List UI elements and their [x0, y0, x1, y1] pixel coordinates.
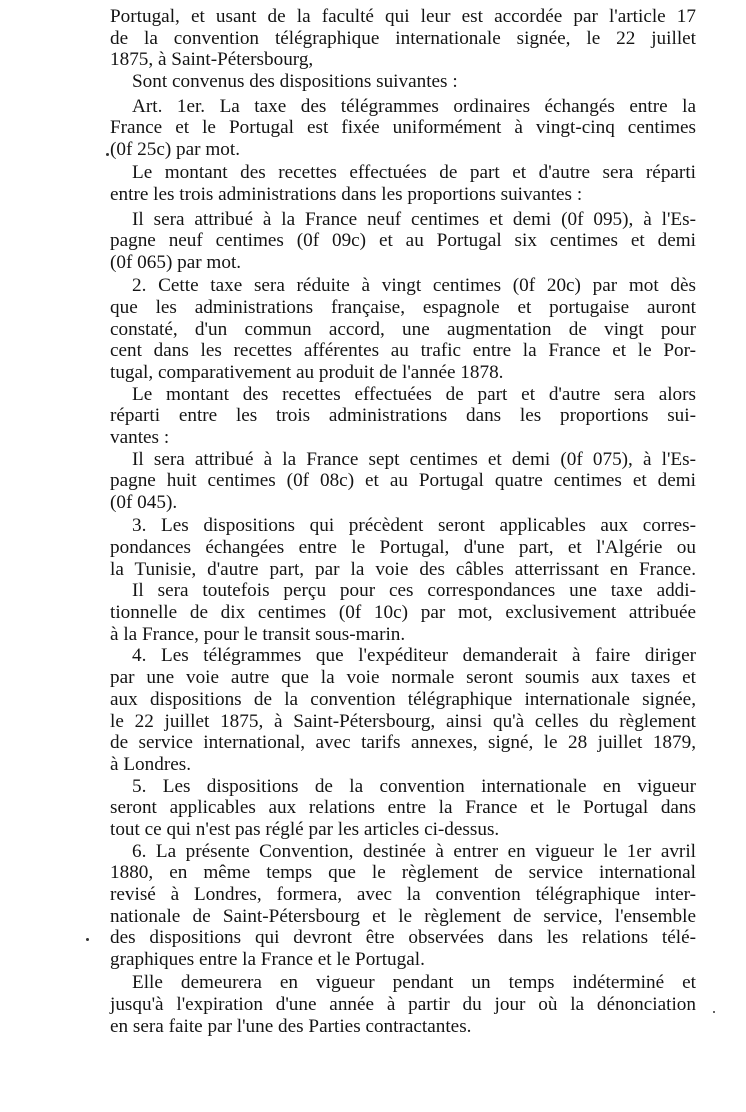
paragraph-preamble: Portugal, et usant de la faculté qui leu… — [110, 6, 696, 71]
article-4: 4. Les télégrammes que l'expéditeur dema… — [110, 645, 696, 775]
text-line: que les administrations française, espag… — [110, 297, 696, 319]
text-line: par une voie autre que la voie normale s… — [110, 667, 696, 689]
text-line: cent dans les recettes afférentes au tra… — [110, 340, 696, 362]
scan-speck — [713, 1011, 715, 1013]
text-line: Il sera attribué à la France sept centim… — [110, 449, 696, 471]
text-line: tugal, comparativement au produit de l'a… — [110, 362, 696, 384]
text-line: réparti entre les trois administrations … — [110, 405, 696, 427]
paragraph-art3-surcharge: Il sera toutefois perçu pour ces corresp… — [110, 580, 696, 645]
text-line: Portugal, et usant de la faculté qui leu… — [110, 6, 696, 28]
scan-speck — [86, 938, 89, 941]
text-line: (0f 25c) par mot. — [110, 139, 696, 161]
text-line: vantes : — [110, 427, 696, 449]
text-line: Le montant des recettes effectuées de pa… — [110, 162, 696, 184]
text-line: 5. Les dispositions de la convention int… — [110, 776, 696, 798]
text-line: (0f 045). — [110, 492, 696, 514]
text-line: nationale de Saint-Pétersbourg et le règ… — [110, 906, 696, 928]
text-line: en sera faite par l'une des Parties cont… — [110, 1016, 696, 1038]
text-line: Elle demeurera en vigueur pendant un tem… — [110, 972, 696, 994]
text-line: 6. La présente Convention, destinée à en… — [110, 841, 696, 863]
text-line: pondances échangées entre le Portugal, d… — [110, 537, 696, 559]
text-line: 4. Les télégrammes que l'expéditeur dema… — [110, 645, 696, 667]
article-3: 3. Les dispositions qui précèdent seront… — [110, 515, 696, 580]
text-line: Il sera toutefois perçu pour ces corresp… — [110, 580, 696, 602]
text-line: la Tunisie, d'autre part, par la voie de… — [110, 559, 696, 581]
text-line: 3. Les dispositions qui précèdent seront… — [110, 515, 696, 537]
document-page: Portugal, et usant de la faculté qui leu… — [110, 6, 696, 1037]
text-line: à la France, pour le transit sous-marin. — [110, 624, 696, 646]
text-line: aux dispositions de la convention télégr… — [110, 689, 696, 711]
text-line: seront applicables aux relations entre l… — [110, 797, 696, 819]
article-2: 2. Cette taxe sera réduite à vingt centi… — [110, 275, 696, 383]
text-line: 1880, en même temps que le règlement de … — [110, 862, 696, 884]
paragraph-duration: Elle demeurera en vigueur pendant un tem… — [110, 972, 696, 1037]
text-line: Sont convenus des dispositions suivantes… — [110, 71, 696, 93]
article-5: 5. Les dispositions de la convention int… — [110, 776, 696, 841]
text-line: constaté, d'un commun accord, une augmen… — [110, 319, 696, 341]
text-line: des dispositions qui devront être observ… — [110, 927, 696, 949]
text-line: de la convention télégraphique internati… — [110, 28, 696, 50]
text-line: France et le Portugal est fixée uniformé… — [110, 117, 696, 139]
text-line: pagne huit centimes (0f 08c) et au Portu… — [110, 470, 696, 492]
text-line: 1875, à Saint-Pétersbourg, — [110, 49, 696, 71]
article-1: Art. 1er. La taxe des télégrammes ordina… — [110, 96, 696, 161]
paragraph-art1-split: Le montant des recettes effectuées de pa… — [110, 162, 696, 205]
text-line: (0f 065) par mot. — [110, 252, 696, 274]
article-6: 6. La présente Convention, destinée à en… — [110, 841, 696, 971]
text-line: le 22 juillet 1875, à Saint-Pétersbourg,… — [110, 711, 696, 733]
paragraph-art2-split: Le montant des recettes effectuées de pa… — [110, 384, 696, 449]
paragraph-art2-shares: Il sera attribué à la France sept centim… — [110, 449, 696, 514]
scan-speck — [106, 153, 109, 156]
text-line: tionnelle de dix centimes (0f 10c) par m… — [110, 602, 696, 624]
text-line: jusqu'à l'expiration d'une année à parti… — [110, 994, 696, 1016]
text-line: de service international, avec tarifs an… — [110, 732, 696, 754]
text-line: tout ce qui n'est pas réglé par les arti… — [110, 819, 696, 841]
text-line: à Londres. — [110, 754, 696, 776]
text-line: graphiques entre la France et le Portuga… — [110, 949, 696, 971]
paragraph-art1-shares: Il sera attribué à la France neuf centim… — [110, 209, 696, 274]
text-line: pagne neuf centimes (0f 09c) et au Portu… — [110, 230, 696, 252]
text-line: 2. Cette taxe sera réduite à vingt centi… — [110, 275, 696, 297]
text-line: Il sera attribué à la France neuf centim… — [110, 209, 696, 231]
article-heading-line: Art. 1er. La taxe des télégrammes ordina… — [110, 96, 696, 118]
text-line: entre les trois administrations dans les… — [110, 184, 696, 206]
text-line: Le montant des recettes effectuées de pa… — [110, 384, 696, 406]
paragraph-agreed: Sont convenus des dispositions suivantes… — [110, 71, 696, 93]
text-line: revisé à Londres, formera, avec la conve… — [110, 884, 696, 906]
